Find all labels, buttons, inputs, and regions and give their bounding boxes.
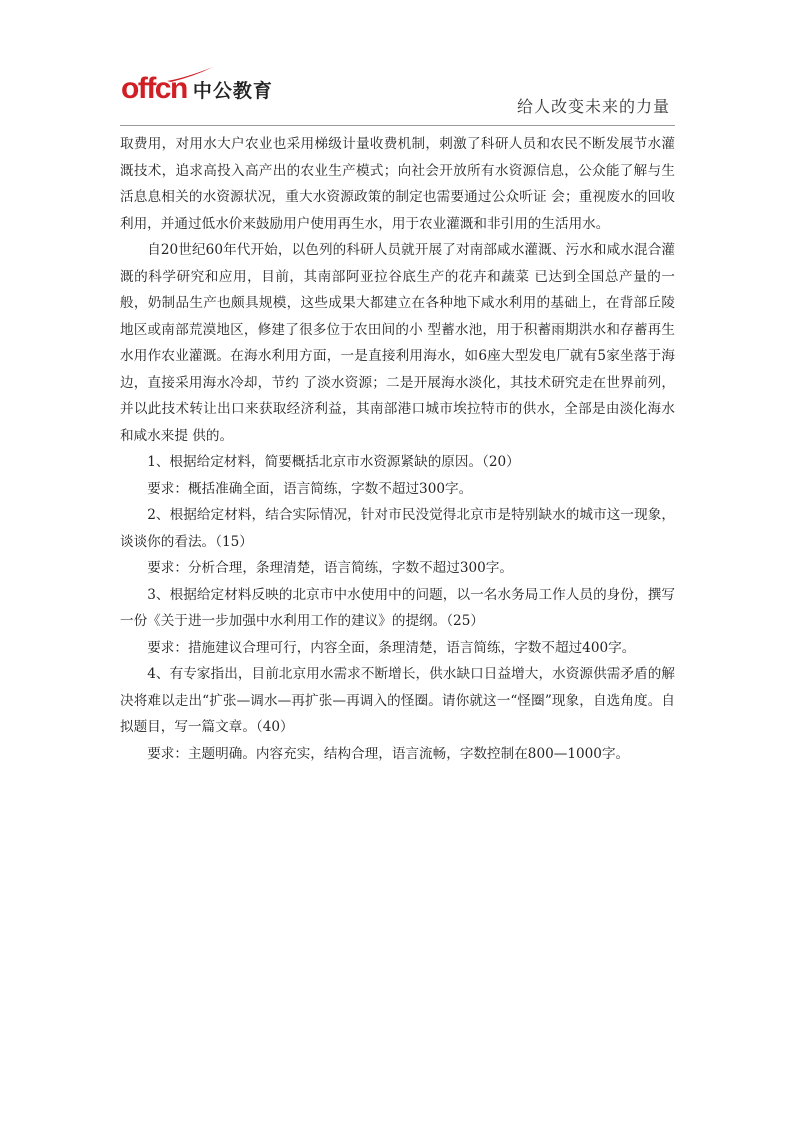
logo-brand: offcn — [121, 74, 187, 104]
requirement-2: 要求：分析合理，条理清楚，语言简练，字数不超过300字。 — [120, 555, 675, 582]
requirement-4: 要求：主题明确。内容充实，结构合理，语言流畅，字数控制在800—1000字。 — [120, 741, 675, 768]
document-body: 取费用，对用水大户农业也采用梯级计量收费机制，刺激了科研人员和农民不断发展节水灌… — [120, 131, 675, 767]
slogan: 给人改变未来的力量 — [517, 94, 670, 117]
logo-swoosh-icon — [165, 66, 215, 82]
header-divider — [120, 125, 675, 126]
question-2: 2、根据给定材料，结合实际情况，针对市民没觉得北京市是特别缺水的城市这一现象，谈… — [120, 502, 675, 555]
requirement-3: 要求：措施建议合理可行，内容全面，条理清楚，语言简练，字数不超过400字。 — [120, 635, 675, 662]
paragraph-water-policy: 取费用，对用水大户农业也采用梯级计量收费机制，刺激了科研人员和农民不断发展节水灌… — [120, 131, 675, 237]
question-4: 4、有专家指出，目前北京用水需求不断增长，供水缺口日益增大，水资源供需矛盾的解决… — [120, 661, 675, 741]
paragraph-israel: 自20世纪60年代开始，以色列的科研人员就开展了对南部咸水灌溉、污水和咸水混合灌… — [120, 237, 675, 449]
requirement-1: 要求：概括准确全面，语言简练，字数不超过300字。 — [120, 476, 675, 503]
offcn-logo: offcn 中公教育 — [121, 70, 273, 104]
question-1: 1、根据给定材料，简要概括北京市水资源紧缺的原因。（20） — [120, 449, 675, 476]
question-3: 3、根据给定材料反映的北京市中水使用中的问题，以一名水务局工作人员的身份，撰写一… — [120, 582, 675, 635]
